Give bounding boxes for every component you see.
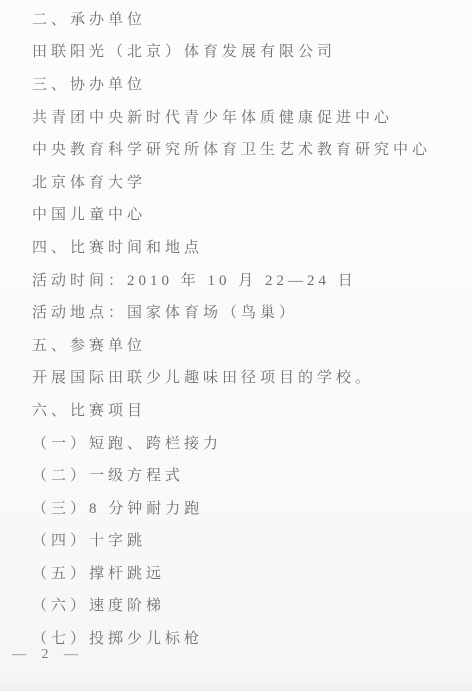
body-line: 中国儿童中心 xyxy=(32,198,462,231)
list-item: （六）速度阶梯 xyxy=(32,589,462,622)
page-number: — 2 — xyxy=(12,643,84,667)
body-line: 北京体育大学 xyxy=(32,165,462,198)
list-item: （七）投掷少儿标枪 xyxy=(32,621,462,654)
list-item: （二）一级方程式 xyxy=(32,458,462,491)
body-line: 田联阳光（北京）体育发展有限公司 xyxy=(32,35,462,68)
section-heading: 二、承办单位 xyxy=(32,2,462,35)
list-item: （四）十字跳 xyxy=(32,524,462,557)
body-line: 开展国际田联少儿趣味田径项目的学校。 xyxy=(32,361,462,394)
section-heading: 四、比赛时间和地点 xyxy=(32,230,462,263)
section-heading: 三、协办单位 xyxy=(32,67,462,100)
section-heading: 五、参赛单位 xyxy=(32,328,462,361)
scan-bottom-edge xyxy=(0,684,472,685)
body-line: 活动地点：国家体育场（鸟巢） xyxy=(32,295,462,328)
body-line: 活动时间：2010 年 10 月 22—24 日 xyxy=(32,263,462,296)
document-body: 二、承办单位 田联阳光（北京）体育发展有限公司 三、协办单位 共青团中央新时代青… xyxy=(32,2,462,654)
section-heading: 六、比赛项目 xyxy=(32,393,462,426)
list-item: （三）8 分钟耐力跑 xyxy=(32,491,462,524)
body-line: 共青团中央新时代青少年体质健康促进中心 xyxy=(32,100,462,133)
list-item: （一）短跑、跨栏接力 xyxy=(32,426,462,459)
list-item: （五）撑杆跳远 xyxy=(32,556,462,589)
body-line: 中央教育科学研究所体育卫生艺术教育研究中心 xyxy=(32,132,462,165)
